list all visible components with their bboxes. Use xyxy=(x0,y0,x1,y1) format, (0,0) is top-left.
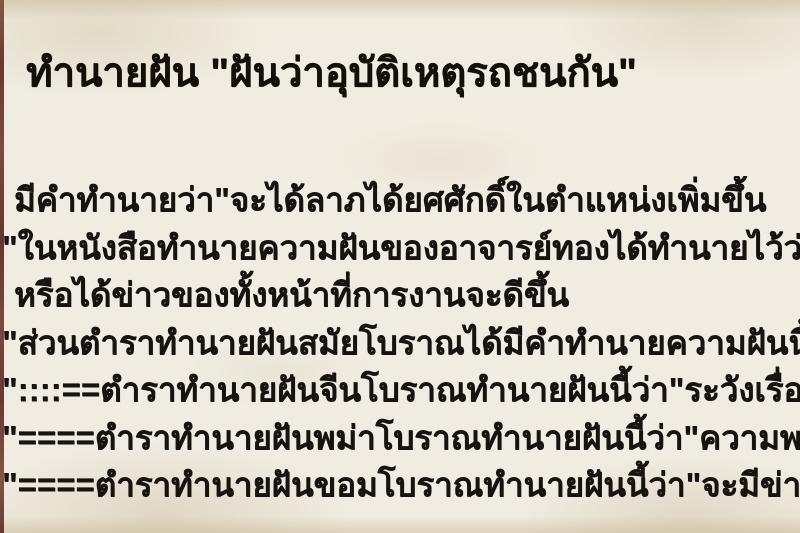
body-line: มีคำทำนายว่า"จะได้ลาภได้ยศศักดิ์ในตำแหน่… xyxy=(0,176,800,224)
body-line: "====ตำราทำนายฝันพม่าโบราณทำนายฝันนี้ว่า… xyxy=(0,414,800,462)
body-line: "====ตำราทำนายฝันขอมโบราณทำนายฝันนี้ว่า"… xyxy=(0,461,800,509)
body-line: "ในหนังสือทำนายความฝันของอาจารย์ทองได้ทำ… xyxy=(0,224,800,272)
interpretation-body: มีคำทำนายว่า"จะได้ลาภได้ยศศักดิ์ในตำแหน่… xyxy=(0,176,800,509)
dream-interpretation-page: ทำนายฝัน "ฝันว่าอุบัติเหตุรถชนกัน" มีคำท… xyxy=(0,0,800,533)
body-line: หรือได้ข่าวของทั้งหน้าที่การงานจะดีขึ้น xyxy=(0,271,800,319)
body-line: "::::==ตำราทำนายฝันจีนโบราณทำนายฝันนี้ว่… xyxy=(0,366,800,414)
page-title: ทำนายฝัน "ฝันว่าอุบัติเหตุรถชนกัน" xyxy=(26,41,800,105)
body-line: "ส่วนตำราทำนายฝันสมัยโบราณได้มีคำทำนายคว… xyxy=(0,319,800,367)
